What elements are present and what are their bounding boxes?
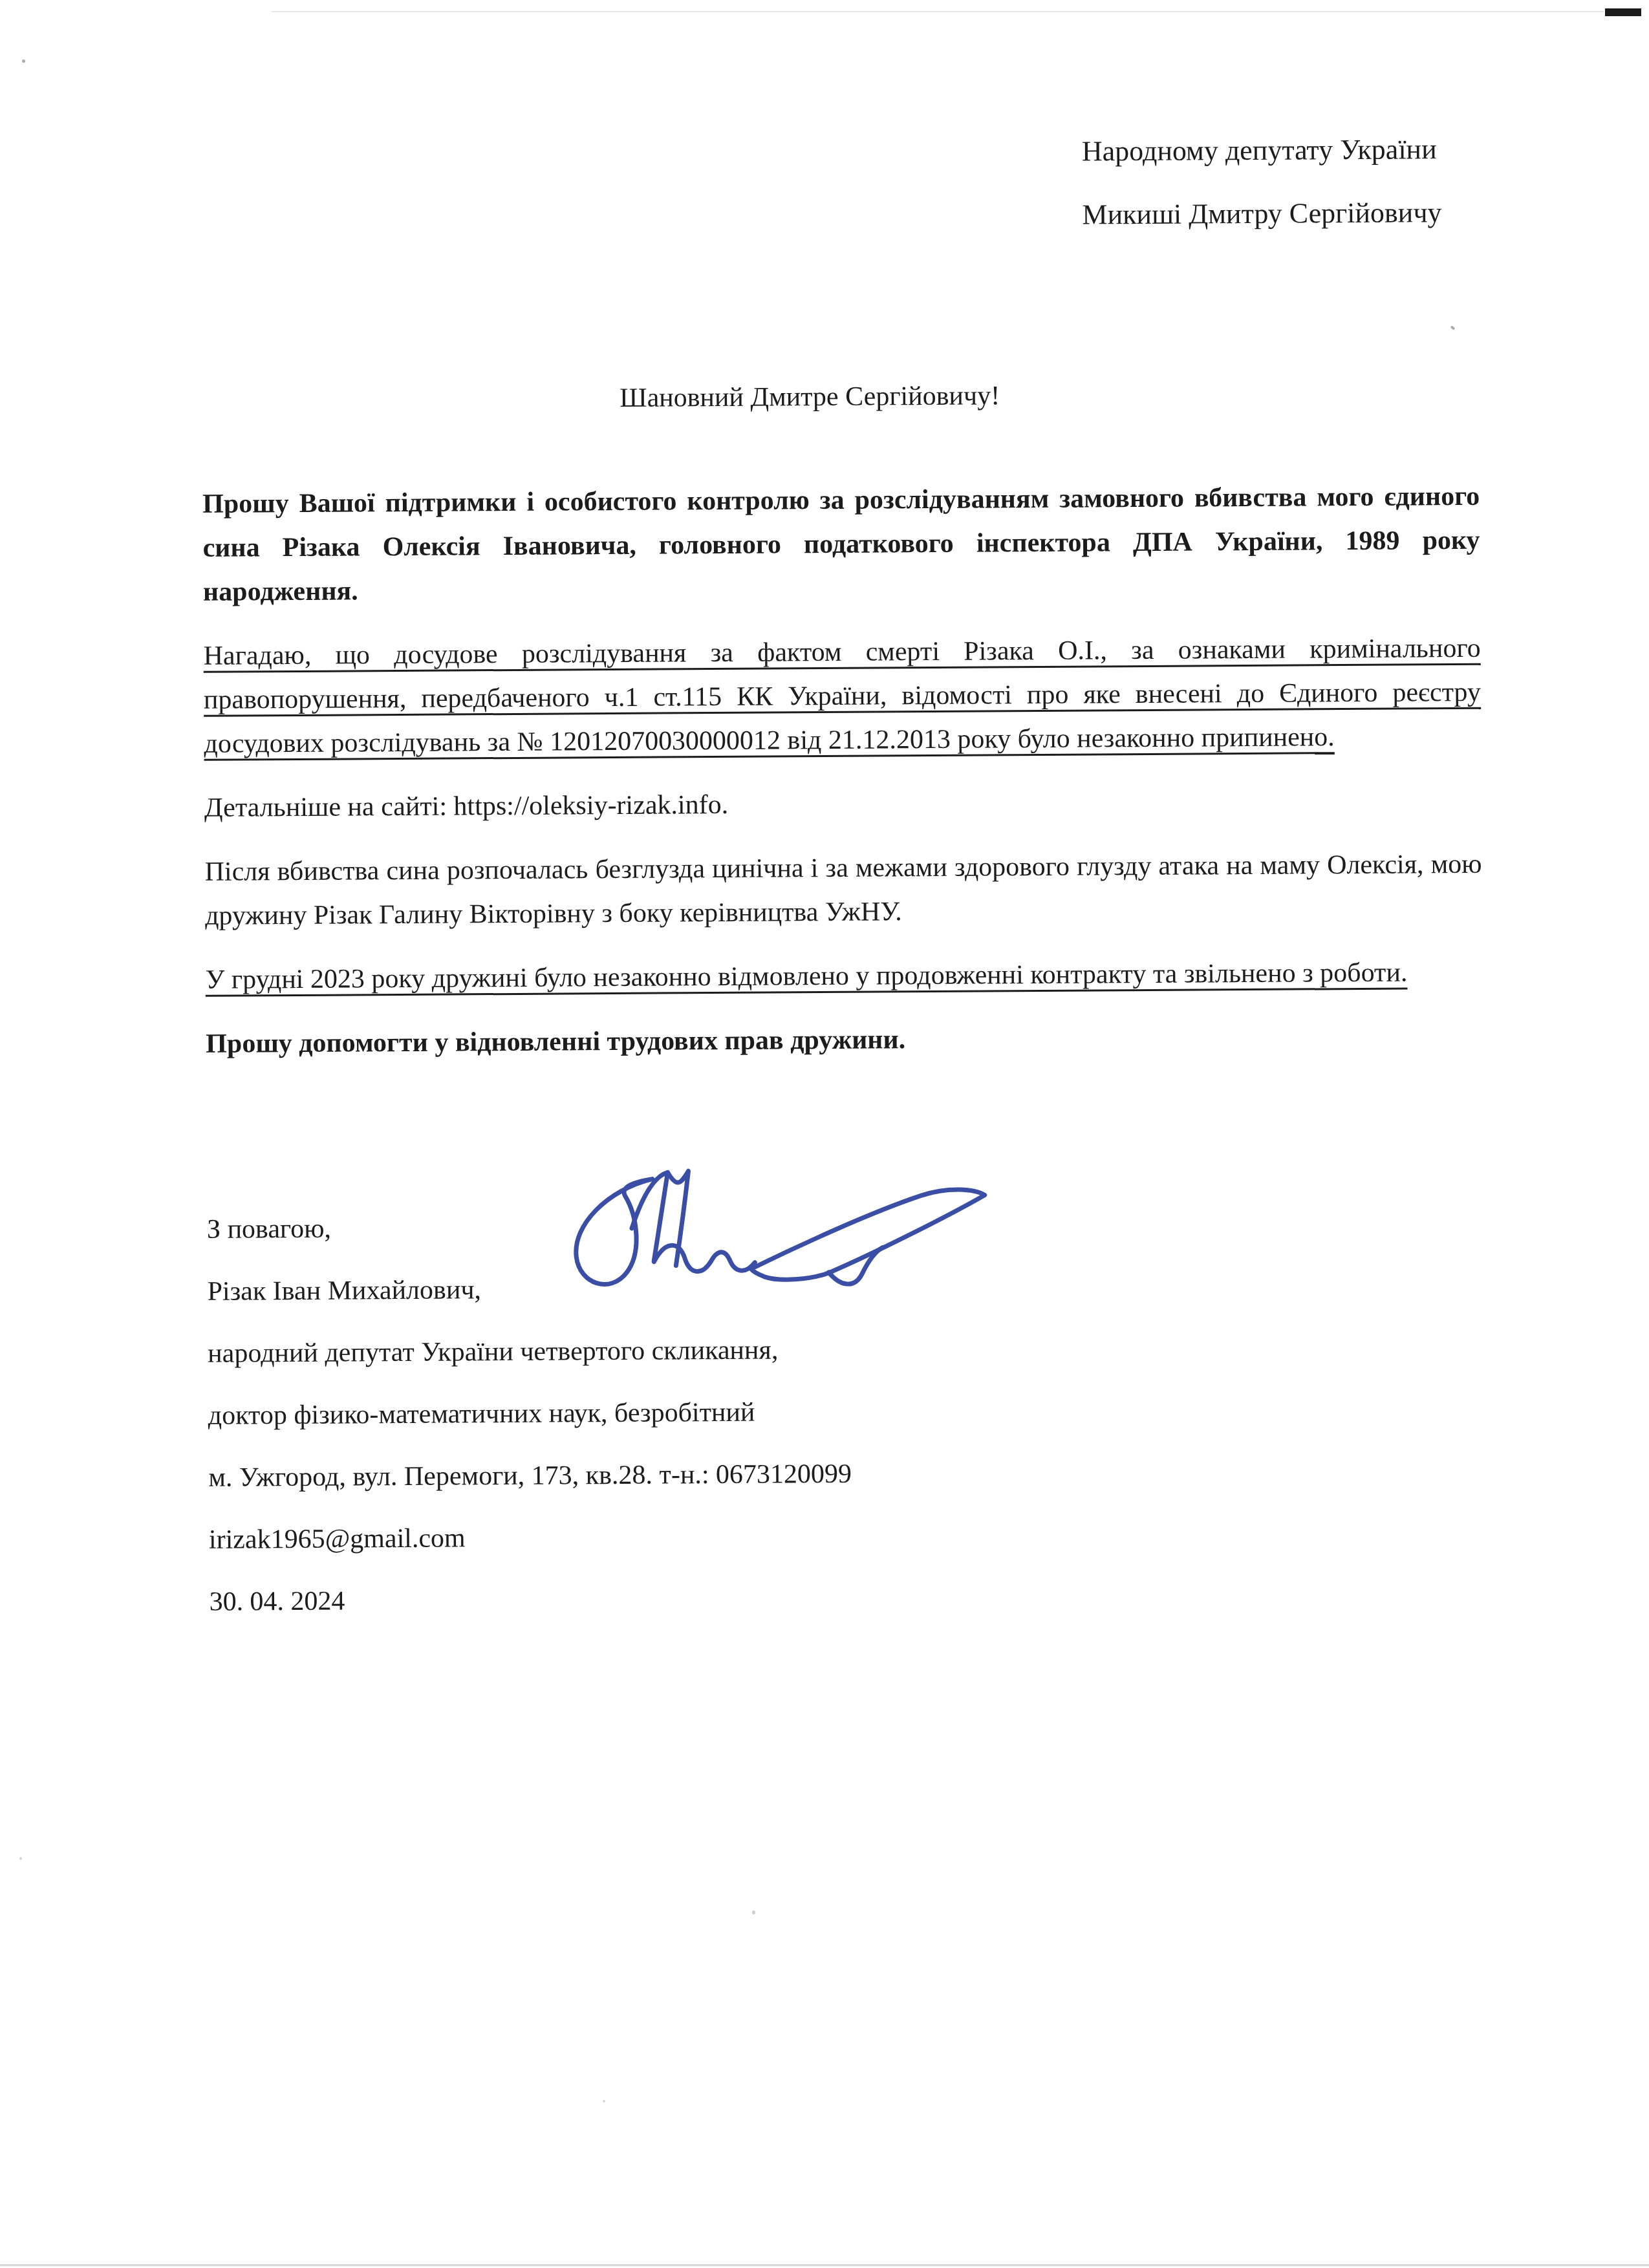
paragraph-request-help: Прошу допомогти у відновленні трудових п…	[206, 1014, 1483, 1066]
letter-body: Шановний Дмитре Сергійовичу! Прошу Вашої…	[202, 371, 1483, 1086]
closing-address-phone: м. Ужгород, вул. Перемоги, 173, кв.28. т…	[208, 1443, 852, 1509]
letter-page: Народному депутату України Микиші Дмитру…	[0, 0, 1649, 2268]
closing-email: irizak1965@gmail.com	[209, 1505, 852, 1571]
paragraph-attack-on-mother: Після вбивства сина розпочалась безглузд…	[204, 842, 1482, 938]
recipient-block: Народному депутату України Микиші Дмитру…	[1082, 118, 1442, 246]
closing-regards: З повагою,	[207, 1195, 850, 1261]
paragraph-website: Детальніше на сайті: https://oleksiy-riz…	[204, 778, 1482, 830]
paragraph-investigation: Нагадаю, що досудове розслідування за фа…	[203, 626, 1481, 766]
recipient-line-2: Микиші Дмитру Сергійовичу	[1082, 181, 1442, 246]
closing-block: З повагою, Різак Іван Михайлович, народн…	[207, 1195, 853, 1633]
closing-title-doctor: доктор фізико-математичних наук, безробі…	[208, 1381, 851, 1447]
closing-name: Різак Іван Михайлович,	[207, 1257, 850, 1323]
paragraph-contract-termination: У грудні 2023 року дружині було незаконн…	[205, 950, 1482, 1002]
recipient-line-1: Народному депутату України	[1082, 118, 1442, 183]
closing-date: 30. 04. 2024	[209, 1567, 852, 1633]
paragraph-request-support: Прошу Вашої підтримки і особистого контр…	[202, 475, 1480, 614]
closing-title-deputy: народний депутат України четвертого скли…	[208, 1319, 851, 1385]
salutation: Шановний Дмитре Сергійовичу!	[202, 371, 1479, 423]
